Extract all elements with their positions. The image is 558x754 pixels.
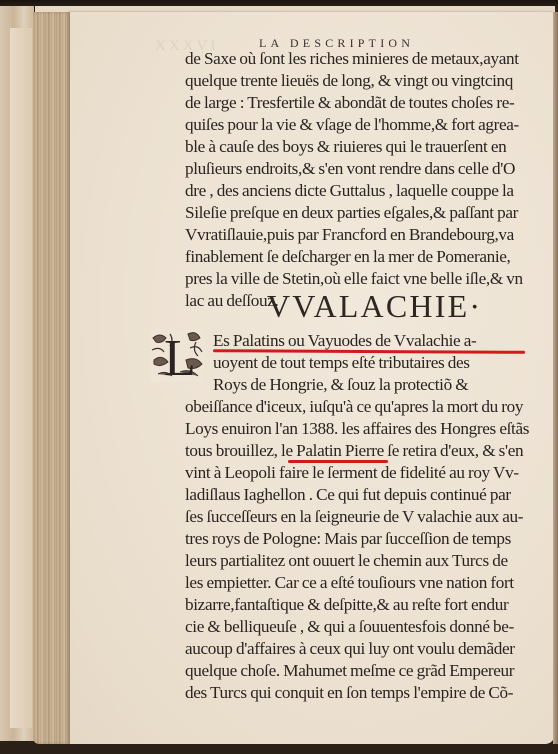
- text-line: obeiſſance d'iceux, iuſqu'à ce qu'apres …: [185, 396, 523, 418]
- left-board-inner: [10, 28, 32, 728]
- text-line: Sileſie preſque en deux parties eſgales,…: [185, 202, 518, 224]
- red-underline-palatin-pierre: [288, 460, 388, 463]
- text-line: finablement ſe deſcharger en la mer de P…: [185, 246, 511, 268]
- text-line: cie & belliqueuſe , & qui a ſouuentesfoi…: [185, 616, 514, 638]
- text-line: quelque choſe. Mahumet meſme ce grãd Emp…: [185, 660, 514, 682]
- text-line: ble à cauſe des boys & riuieres qui le t…: [185, 136, 506, 158]
- text-line: de Saxe où ſont les riches minieres de m…: [185, 48, 519, 70]
- section-heading: VVALACHIE·: [267, 288, 482, 325]
- text-line: quelque trente lieuës de long, & vingt o…: [185, 70, 513, 92]
- foliage-ornament-icon: L: [150, 330, 205, 382]
- text-line: dre , des anciens dicte Guttalus , laque…: [185, 180, 514, 202]
- text-line: leurs partialitez ont ouuert le chemin a…: [185, 550, 508, 572]
- ornamental-drop-cap: L: [150, 330, 205, 382]
- text-line: des Turcs qui conquit en ſon temps l'emp…: [185, 682, 513, 704]
- text-line: tres roys de Pologne: Mais par ſucceſſio…: [185, 528, 511, 550]
- text-line: vint à Leopoli faire le ſerment de fidel…: [185, 462, 519, 484]
- text-line: Roys de Hongrie, & ſouz la protectiõ &: [213, 374, 468, 396]
- text-line: uoyent de tout temps eſté tributaires de…: [213, 352, 470, 374]
- text-line: quiſes pour la vie & vſage de l'homme,& …: [185, 114, 519, 136]
- bottom-shadow: [0, 744, 558, 754]
- text-line: les empietter. Car ce a eſté touſiours v…: [185, 572, 514, 594]
- text-line: bizarre,fantaſtique & deſpitte,& au reſt…: [185, 594, 508, 616]
- text-line: pluſieurs endroits,& s'en vont rendre da…: [185, 158, 515, 180]
- text-line: aucoup d'affaires à ceux qui luy ont vou…: [185, 638, 515, 660]
- text-line: Vvratiſlauie,puis par Francford en Brand…: [185, 224, 514, 246]
- text-line: ſes ſucceſſeurs en la ſeigneurie de V va…: [185, 506, 523, 528]
- text-line: Loys enuiron l'an 1388. les affaires des…: [185, 418, 529, 440]
- text-line: ladiſlaus Iaghellon . Ce qui fut depuis …: [185, 484, 511, 506]
- svg-text:L: L: [164, 330, 196, 382]
- text-line: tous brouillez, le Palatin Pierre ſe ret…: [185, 440, 523, 462]
- text-line: lac au deſſouz.: [185, 290, 279, 312]
- left-book-board: [0, 6, 34, 741]
- text-line: pres la ville de Stetin,où elle faict vn…: [185, 268, 523, 290]
- page-stack-edges: [33, 12, 71, 744]
- text-line: de large : Tresfertile & abondãt de tout…: [185, 92, 514, 114]
- book-scan: XXXVI LA DESCRIPTION de Saxe où ſont les…: [0, 0, 558, 754]
- page-right-edge: [553, 12, 558, 744]
